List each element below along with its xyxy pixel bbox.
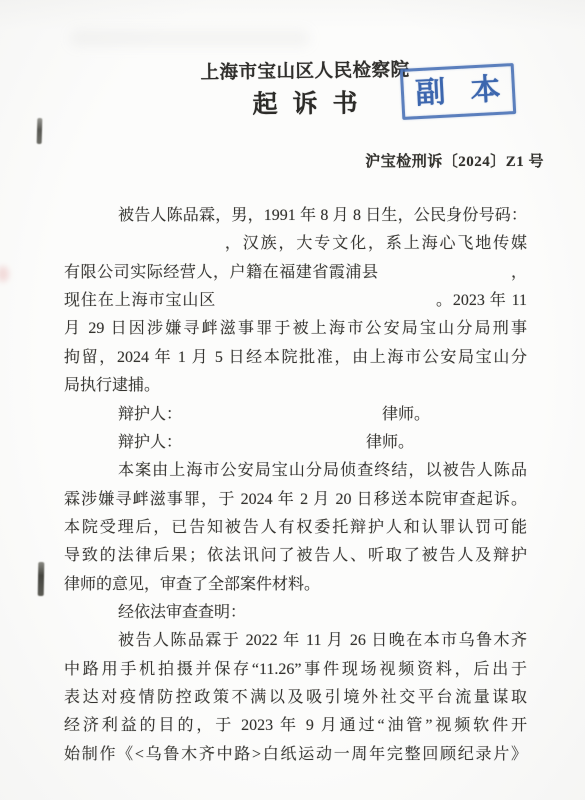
scan-mark (37, 118, 43, 144)
text-line: 拘留，2024 年 1 月 5 日经本院批准，由上海市公安局宝山分 (64, 344, 527, 372)
body-text: 被告人陈品霖，男，1991 年 8 月 8 日生，公民身份号码： ，汉族，大专文… (64, 202, 527, 769)
text-line: 本院受理后，已告知被告人有权委托辩护人和认罪认罚可能 (64, 514, 527, 542)
text-line: 表达对疫情防控政策不满以及吸引境外社交平台流量谋取 (64, 684, 527, 712)
copy-stamp: 副本 (400, 63, 517, 120)
text-line: 中路用手机拍摄并保存“11.26”事件现场视频资料，后出于 (64, 656, 527, 684)
copy-stamp-text: 副本 (415, 73, 526, 109)
document-page: 上海市宝山区人民检察院 起诉书 副本 沪宝检刑诉〔2024〕Z1 号 被告人陈品… (0, 0, 585, 800)
text-line: 被告人陈品霖，男，1991 年 8 月 8 日生，公民身份号码： (64, 202, 527, 230)
text-line: 经依法审查查明： (64, 599, 527, 627)
text-line: 被告人陈品霖于 2022 年 11 月 26 日晚在本市乌鲁木齐 (64, 627, 527, 655)
document-number: 沪宝检刑诉〔2024〕Z1 号 (365, 150, 544, 171)
text-line: 有限公司实际经营人，户籍在福建省霞浦县 ， (64, 259, 527, 287)
text-line: 始制作《<乌鲁木齐中路>白纸运动一周年完整回顾纪录片》 (64, 741, 527, 769)
text-line: 辩护人： 律师。 (64, 401, 527, 429)
text-line: 导致的法律后果；依法讯问了被告人、听取了被告人及辩护 (64, 542, 527, 570)
text-line: 局执行逮捕。 (64, 372, 527, 400)
text-line: 辩护人： 律师。 (64, 429, 527, 457)
scan-mark (38, 562, 45, 596)
text-line: 律师的意见，审查了全部案件材料。 (64, 571, 527, 599)
text-line: 霖涉嫌寻衅滋事罪，于 2024 年 2 月 20 日移送本院审查起诉。 (64, 486, 527, 514)
text-line: ，汉族，大专文化，系上海心飞地传媒 (64, 230, 527, 258)
text-line: 经济利益的目的，于 2023 年 9 月通过“油管”视频软件开 (64, 712, 527, 740)
scan-smudge (70, 30, 310, 46)
scan-smudge-pink (0, 266, 9, 282)
text-line: 现住在上海市宝山区 。2023 年 11 (64, 287, 527, 315)
text-line: 本案由上海市公安局宝山分局侦查终结，以被告人陈品 (64, 457, 527, 485)
text-line: 月 29 日因涉嫌寻衅滋事罪于被上海市公安局宝山分局刑事 (64, 315, 527, 343)
